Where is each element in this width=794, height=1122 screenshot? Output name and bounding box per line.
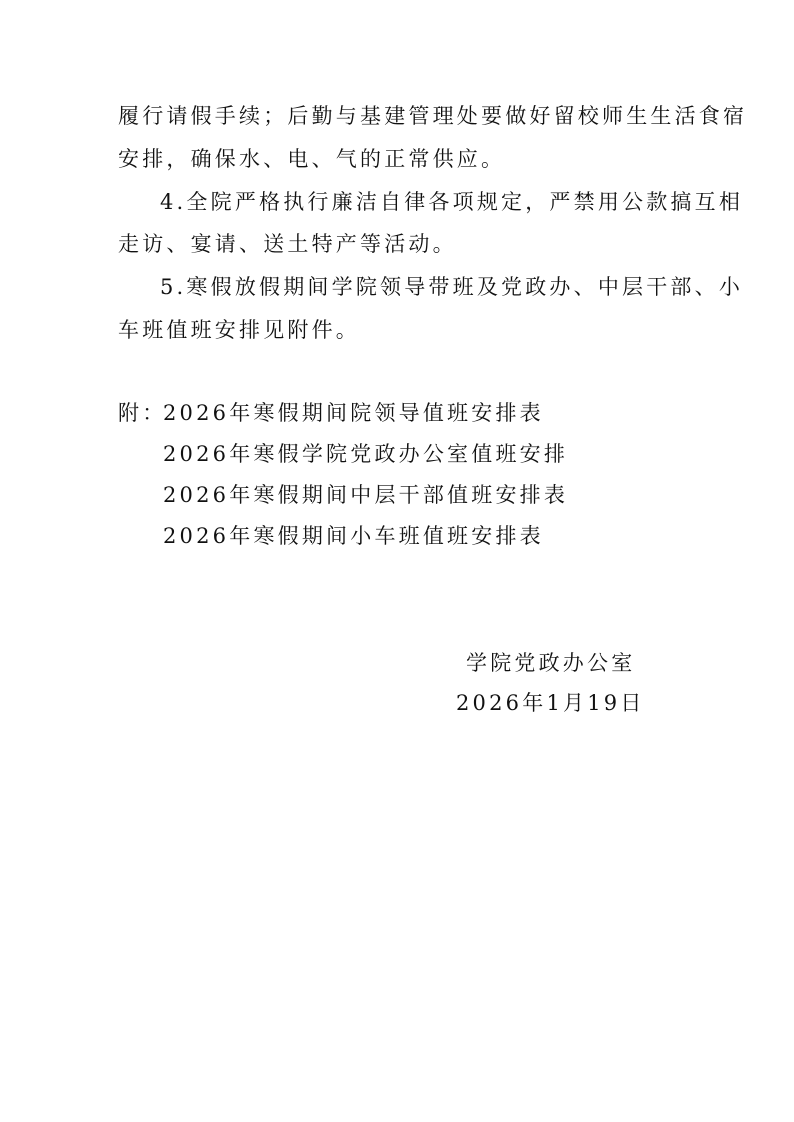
attachment-label: 附： (118, 399, 166, 427)
attachment-item-1: 2026年寒假期间院领导值班安排表 (163, 399, 544, 427)
paragraph-3-line-2: 安排，确保水、电、气的正常供应。 (118, 145, 505, 173)
attachment-item-4: 2026年寒假期间小车班值班安排表 (163, 522, 544, 550)
paragraph-4-line-2: 走访、宴请、送土特产等活动。 (118, 230, 457, 258)
attachment-item-2: 2026年寒假学院党政办公室值班安排 (163, 440, 568, 468)
paragraph-5-line-2: 车班值班安排见附件。 (118, 316, 360, 344)
attachment-item-3: 2026年寒假期间中层干部值班安排表 (163, 481, 568, 509)
issue-date: 2026年1月19日 (456, 689, 645, 717)
document-page: 履行请假手续；后勤与基建管理处要做好留校师生生活食宿 安排，确保水、电、气的正常… (0, 0, 794, 1122)
paragraph-3-line-1: 履行请假手续；后勤与基建管理处要做好留校师生生活食宿 (118, 102, 747, 130)
issuer-name: 学院党政办公室 (466, 649, 635, 677)
paragraph-4-line-1: 4.全院严格执行廉洁自律各项规定，严禁用公款搞互相 (160, 188, 743, 216)
paragraph-5-line-1: 5.寒假放假期间学院领导带班及党政办、中层干部、小 (160, 273, 743, 301)
